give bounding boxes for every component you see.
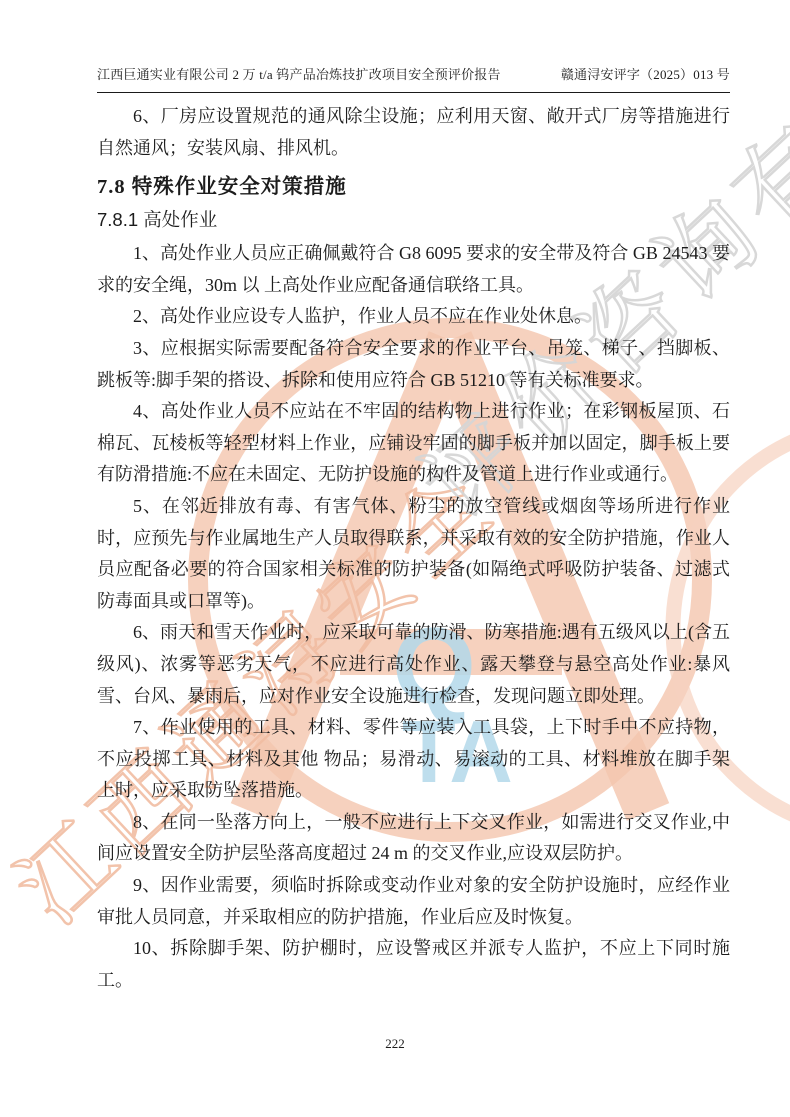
section-heading-7-8: 7.8 特殊作业安全对策措施 xyxy=(97,171,730,203)
subsection-heading-7-8-1: 7.8.1 高处作业 xyxy=(97,205,730,235)
header-report-title: 江西巨通实业有限公司 2 万 t/a 钨产品冶炼技扩改项目安全预评价报告 xyxy=(97,64,501,83)
page-number: 222 xyxy=(385,1036,405,1051)
list-item-3: 3、应根据实际需要配备符合安全要求的作业平台、吊笼、梯子、挡脚板、跳板等:脚手架… xyxy=(97,333,730,396)
page-content: 6、厂房应设置规范的通风除尘设施；应利用天窗、敞开式厂房等措施进行自然通风；安装… xyxy=(97,101,730,996)
page-footer: 222 xyxy=(0,1036,790,1052)
list-item-9: 9、因作业需要，须临时拆除或变动作业对象的安全防护设施时，应经作业审批人员同意，… xyxy=(97,870,730,933)
paragraph-ventilation: 6、厂房应设置规范的通风除尘设施；应利用天窗、敞开式厂房等措施进行自然通风；安装… xyxy=(97,101,730,164)
list-item-4: 4、高处作业人员不应站在不牢固的结构物上进行作业；在彩钢板屋顶、石棉瓦、瓦棱板等… xyxy=(97,396,730,491)
list-item-2: 2、高处作业应设专人监护，作业人员不应在作业处休息。 xyxy=(97,301,730,333)
page-header: 江西巨通实业有限公司 2 万 t/a 钨产品冶炼技扩改项目安全预评价报告 赣通浔… xyxy=(97,64,730,93)
header-document-number: 赣通浔安评字（2025）013 号 xyxy=(561,64,730,83)
list-item-1: 1、高处作业人员应正确佩戴符合 G8 6095 要求的安全带及符合 GB 245… xyxy=(97,238,730,301)
list-item-5: 5、在邻近排放有毒、有害气体、粉尘的放空管线或烟囱等场所进行作业时，应预先与作业… xyxy=(97,491,730,617)
list-item-7: 7、作业使用的工具、材料、零件等应装入工具袋，上下时手中不应持物，不应投掷工具、… xyxy=(97,712,730,807)
report-page: Q TA 江西通浔安全 评价咨询有限公司 江西巨通实业有限公司 2 万 t/a … xyxy=(0,0,790,1117)
list-item-8: 8、在同一坠落方向上，一般不应进行上下交叉作业，如需进行交叉作业,中间应设置安全… xyxy=(97,807,730,870)
list-item-6: 6、雨天和雪天作业时，应采取可靠的防滑、防寒措施:遇有五级风以上(含五级风)、浓… xyxy=(97,617,730,712)
list-item-10: 10、拆除脚手架、防护棚时，应设警戒区并派专人监护，不应上下同时施工。 xyxy=(97,933,730,996)
